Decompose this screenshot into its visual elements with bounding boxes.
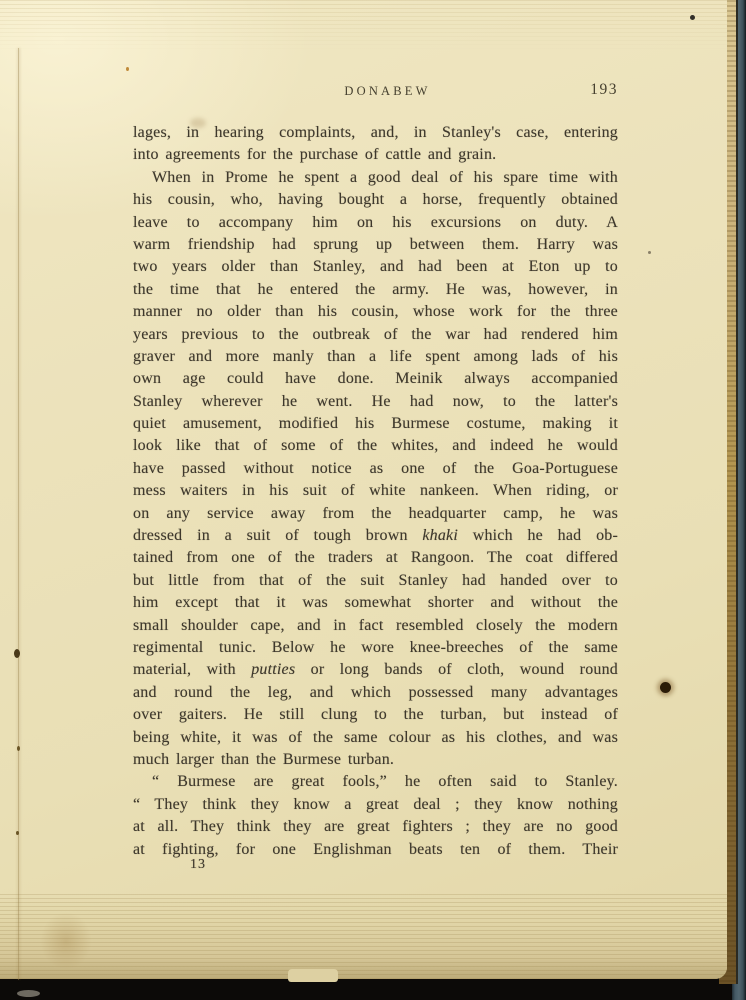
text-line: his cousin, who, having bought a horse, … bbox=[133, 189, 618, 211]
text-line: much larger than the Burmese turban. bbox=[133, 749, 618, 771]
crease-speck bbox=[17, 746, 20, 751]
text-line: Stanley wherever he went. He had now, to… bbox=[133, 391, 618, 413]
text-line: but little from that of the suit Stanley… bbox=[133, 570, 618, 592]
text-line: years previous to the outbreak of the wa… bbox=[133, 324, 618, 346]
text-line: on any service away from the headquarter… bbox=[133, 503, 618, 525]
text-line: into agreements for the purchase of catt… bbox=[133, 144, 618, 166]
scanned-book-page: DONABEW 193 lages, in hearing complaints… bbox=[0, 0, 746, 1000]
text-line: lages, in hearing complaints, and, in St… bbox=[133, 122, 618, 144]
paper-stain bbox=[40, 912, 92, 970]
text-line: small shoulder cape, and in fact resembl… bbox=[133, 615, 618, 637]
text-line: look like that of some of the whites, an… bbox=[133, 435, 618, 457]
page-header: DONABEW 193 bbox=[133, 84, 618, 101]
page-edge-stack-top bbox=[0, 0, 727, 52]
paper-speck bbox=[126, 67, 129, 71]
mat-debris bbox=[17, 990, 40, 997]
crease-speck bbox=[16, 831, 19, 835]
text-line: at all. They think they are great fighte… bbox=[133, 816, 618, 838]
text-line: material, with putties or long bands of … bbox=[133, 659, 618, 681]
text-line: the time that he entered the army. He wa… bbox=[133, 279, 618, 301]
text-line: warm friendship had sprung up between th… bbox=[133, 234, 618, 256]
text-line: leave to accompany him on his excursions… bbox=[133, 212, 618, 234]
binding-crease bbox=[18, 48, 19, 980]
paragraph: When in Prome he spent a good deal of hi… bbox=[133, 167, 618, 772]
text-line: being white, it was of the same colour a… bbox=[133, 727, 618, 749]
text-line: When in Prome he spent a good deal of hi… bbox=[133, 167, 618, 189]
ink-spot bbox=[660, 682, 671, 693]
text-line: have passed without notice as one of the… bbox=[133, 458, 618, 480]
page-edge-stack-bottom bbox=[0, 894, 727, 979]
text-line: quiet amusement, modified his Burmese co… bbox=[133, 413, 618, 435]
text-line: dressed in a suit of tough brown khaki w… bbox=[133, 525, 618, 547]
text-line: own age could have done. Meinik always a… bbox=[133, 368, 618, 390]
running-title: DONABEW bbox=[145, 84, 630, 99]
body-text: lages, in hearing complaints, and, in St… bbox=[133, 122, 618, 861]
paragraph: “ Burmese are great fools,” he often sai… bbox=[133, 771, 618, 861]
text-block: DONABEW 193 lages, in hearing complaints… bbox=[133, 84, 618, 873]
page-number: 193 bbox=[590, 81, 618, 99]
crease-speck bbox=[14, 649, 20, 658]
text-line: tained from one of the traders at Rangoo… bbox=[133, 547, 618, 569]
page-corner-tab bbox=[288, 969, 338, 982]
text-line: “ They think they know a great deal ; th… bbox=[133, 794, 618, 816]
text-line: mess waiters in his suit of white nankee… bbox=[133, 480, 618, 502]
text-line: over gaiters. He still clung to the turb… bbox=[133, 704, 618, 726]
text-line: manner no older than his cousin, whose w… bbox=[133, 301, 618, 323]
text-line: regimental tunic. Below he wore knee-bre… bbox=[133, 637, 618, 659]
text-line: graver and more manly than a life spent … bbox=[133, 346, 618, 368]
paragraph: lages, in hearing complaints, and, in St… bbox=[133, 122, 618, 167]
text-line: two years older than Stanley, and had be… bbox=[133, 256, 618, 278]
paper-speck bbox=[690, 15, 695, 20]
text-line: him except that it was somewhat shorter … bbox=[133, 592, 618, 614]
text-line: “ Burmese are great fools,” he often sai… bbox=[133, 771, 618, 793]
text-line: and round the leg, and which possessed m… bbox=[133, 682, 618, 704]
paper-speck bbox=[648, 251, 651, 254]
